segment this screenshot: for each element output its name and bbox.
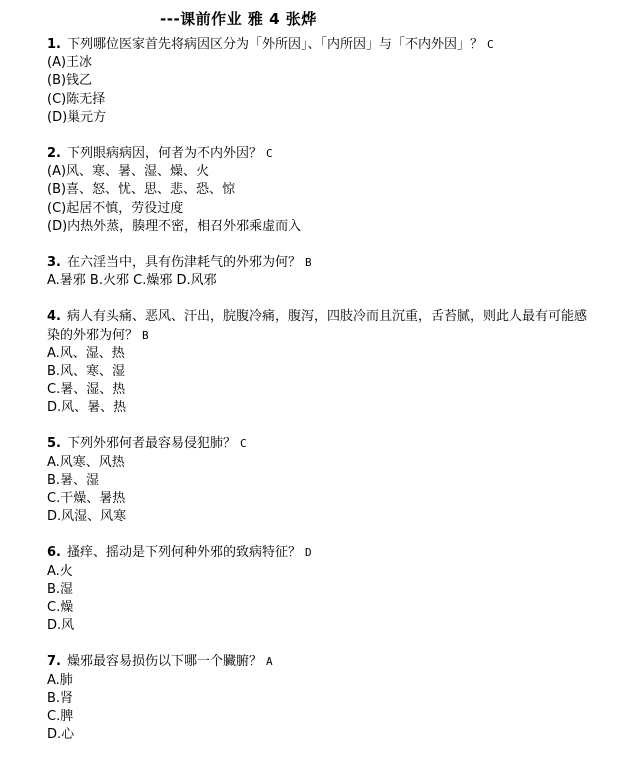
question-text: 在六淫当中，具有伤津耗气的外邪为何？ bbox=[67, 255, 301, 270]
question-number: 7. bbox=[47, 654, 61, 669]
option: C.脾 bbox=[47, 708, 597, 726]
answer-key: D bbox=[305, 546, 312, 559]
option: B.肾 bbox=[47, 690, 597, 708]
question-1: 1.下列哪位医家首先将病因区分为「外所因」、「内所因」与「不内外因」？C (A)… bbox=[47, 36, 597, 127]
option: (D)内热外蒸，腠理不密，相召外邪乘虚而入 bbox=[47, 218, 597, 236]
question-stem: 7.燥邪最容易损伤以下哪一个臟腑？A bbox=[47, 653, 597, 671]
question-2: 2.下列眼病病因，何者为不内外因？C (A)风、寒、暑、湿、燥、火 (B)喜、怒… bbox=[47, 145, 597, 236]
question-3: 3.在六淫当中，具有伤津耗气的外邪为何？B A.暑邪 B.火邪 C.燥邪 D.风… bbox=[47, 254, 597, 290]
question-number: 1. bbox=[47, 37, 61, 52]
answer-key: C bbox=[487, 38, 494, 51]
question-4: 4.病人有头痛、恶风、汗出，脘腹冷痛，腹泻，四肢冷而且沉重，舌苔腻，则此人最有可… bbox=[47, 308, 597, 417]
question-stem: 2.下列眼病病因，何者为不内外因？C bbox=[47, 145, 597, 163]
question-number: 3. bbox=[47, 255, 61, 270]
option: B.暑、湿 bbox=[47, 472, 597, 490]
option: C.暑、湿、热 bbox=[47, 381, 597, 399]
question-number: 5. bbox=[47, 436, 61, 451]
answer-key: C bbox=[240, 437, 247, 450]
question-text: 下列外邪何者最容易侵犯肺？ bbox=[67, 436, 236, 451]
question-number: 4. bbox=[47, 309, 61, 324]
question-text: 搔痒、摇动是下列何种外邪的致病特征？ bbox=[67, 545, 301, 560]
question-7: 7.燥邪最容易损伤以下哪一个臟腑？A A.肺 B.肾 C.脾 D.心 bbox=[47, 653, 597, 744]
question-number: 2. bbox=[47, 146, 61, 161]
answer-key: B bbox=[305, 256, 312, 269]
question-stem: 3.在六淫当中，具有伤津耗气的外邪为何？B bbox=[47, 254, 597, 272]
question-text: 下列哪位医家首先将病因区分为「外所因」、「内所因」与「不内外因」？ bbox=[67, 37, 483, 52]
option: B.湿 bbox=[47, 581, 597, 599]
option: (C)起居不慎，劳役过度 bbox=[47, 200, 597, 218]
question-stem: 5.下列外邪何者最容易侵犯肺？C bbox=[47, 435, 597, 453]
question-text: 病人有头痛、恶风、汗出，脘腹冷痛，腹泻，四肢冷而且沉重，舌苔腻，则此人最有可能感… bbox=[47, 309, 587, 342]
document-title: ---课前作业 雅 4 张烨 bbox=[160, 8, 317, 29]
answer-key: C bbox=[266, 147, 273, 160]
option: (D)巢元方 bbox=[47, 109, 597, 127]
option: A.风、湿、热 bbox=[47, 345, 597, 363]
option: A.风寒、风热 bbox=[47, 454, 597, 472]
option: (B)喜、怒、忧、思、悲、恐、惊 bbox=[47, 181, 597, 199]
answer-key: A bbox=[266, 655, 273, 668]
question-6: 6.搔痒、摇动是下列何种外邪的致病特征？D A.火 B.湿 C.燥 D.风 bbox=[47, 544, 597, 635]
question-text: 燥邪最容易损伤以下哪一个臟腑？ bbox=[67, 654, 262, 669]
question-number: 6. bbox=[47, 545, 61, 560]
option: D.心 bbox=[47, 726, 597, 744]
question-stem: 6.搔痒、摇动是下列何种外邪的致病特征？D bbox=[47, 544, 597, 562]
option: D.风、暑、热 bbox=[47, 399, 597, 417]
option: (A)风、寒、暑、湿、燥、火 bbox=[47, 163, 597, 181]
question-stem: 1.下列哪位医家首先将病因区分为「外所因」、「内所因」与「不内外因」？C bbox=[47, 36, 597, 54]
option: C.干燥、暑热 bbox=[47, 490, 597, 508]
option: (C)陈无择 bbox=[47, 91, 597, 109]
option: A.肺 bbox=[47, 672, 597, 690]
question-5: 5.下列外邪何者最容易侵犯肺？C A.风寒、风热 B.暑、湿 C.干燥、暑热 D… bbox=[47, 435, 597, 526]
option: (B)钱乙 bbox=[47, 72, 597, 90]
option: A.暑邪 B.火邪 C.燥邪 D.风邪 bbox=[47, 272, 597, 290]
option: A.火 bbox=[47, 563, 597, 581]
question-stem: 4.病人有头痛、恶风、汗出，脘腹冷痛，腹泻，四肢冷而且沉重，舌苔腻，则此人最有可… bbox=[47, 308, 597, 344]
option: D.风 bbox=[47, 617, 597, 635]
option: D.风湿、风寒 bbox=[47, 508, 597, 526]
question-list: 1.下列哪位医家首先将病因区分为「外所因」、「内所因」与「不内外因」？C (A)… bbox=[47, 36, 597, 759]
option: B.风、寒、湿 bbox=[47, 363, 597, 381]
question-text: 下列眼病病因，何者为不内外因？ bbox=[67, 146, 262, 161]
option: C.燥 bbox=[47, 599, 597, 617]
option: (A)王冰 bbox=[47, 54, 597, 72]
answer-key: B bbox=[142, 329, 149, 342]
